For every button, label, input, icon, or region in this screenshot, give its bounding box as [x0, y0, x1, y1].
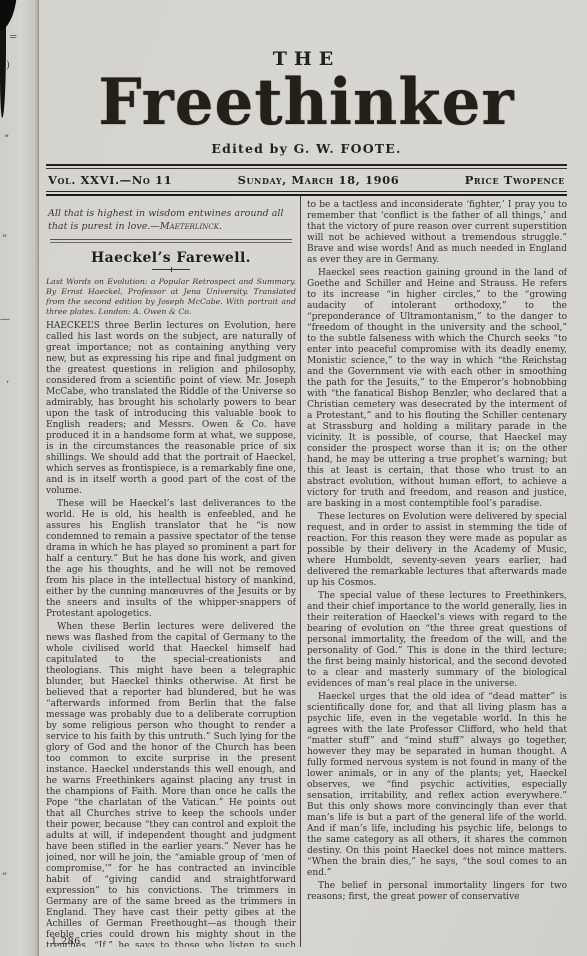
article-title: Haeckel’s Farewell.	[46, 250, 296, 266]
page-body: THE Freethinker Edited by G. W. FOOTE. V…	[39, 0, 587, 956]
margin-mark: =	[9, 32, 17, 43]
issue-date: Sunday, March 18, 1906	[238, 173, 400, 187]
scan-corner-mark	[0, 0, 17, 33]
masthead-title: Freethinker	[46, 71, 567, 136]
margin-mark: ”	[2, 234, 7, 245]
headline-divider	[152, 269, 190, 270]
book-citation: Last Words on Evolution: a Popular Retro…	[46, 277, 296, 316]
text-columns: All that is highest in wisdom entwines a…	[46, 196, 567, 947]
epigraph-rule	[50, 239, 293, 243]
margin-mark: ”	[2, 872, 7, 883]
article-paragraph: Haeckel urges that the old idea of “dead…	[307, 692, 567, 879]
margin-mark: ’	[6, 380, 9, 391]
masthead-the: THE	[46, 0, 567, 70]
article-paragraph: to be a tactless and inconsiderate ‘figh…	[307, 200, 567, 266]
left-column: All that is highest in wisdom entwines a…	[46, 196, 296, 947]
price-label: Price Twopence	[465, 173, 565, 187]
margin-mark: —	[0, 314, 10, 325]
article-paragraph: These will be Haeckel’s last deliverance…	[46, 499, 296, 620]
epigraph: All that is highest in wisdom entwines a…	[48, 208, 294, 233]
masthead: THE Freethinker Edited by G. W. FOOTE.	[46, 0, 567, 156]
page-gutter: = ) ” ” — ’ ”	[0, 0, 39, 956]
right-column: to be a tactless and inconsiderate ‘figh…	[307, 196, 567, 947]
article-paragraph: HAECKEL’S three Berlin lectures on Evolu…	[46, 321, 296, 497]
column-divider-rule	[300, 196, 301, 947]
page-number: 1,286	[51, 936, 81, 947]
epigraph-attribution: Maeterlinck.	[160, 221, 222, 232]
issue-info-line: Vol. XXVI.—No 11 Sunday, March 18, 1906 …	[46, 169, 567, 191]
article-paragraph: When these Berlin lectures were delivere…	[46, 622, 296, 947]
article-paragraph: These lectures on Evolution were deliver…	[307, 512, 567, 589]
scanned-newspaper-page: = ) ” ” — ’ ” THE Freethinker Edited by …	[0, 0, 587, 956]
margin-mark: )	[6, 60, 10, 71]
article-paragraph: The special value of these lectures to F…	[307, 591, 567, 690]
article-paragraph: Haeckel sees reaction gaining ground in …	[307, 268, 567, 510]
masthead-editor-line: Edited by G. W. FOOTE.	[46, 141, 567, 156]
volume-number: Vol. XXVI.—No 11	[48, 173, 172, 187]
article-paragraph: The belief in personal immortality linge…	[307, 881, 567, 903]
margin-mark: ”	[4, 134, 9, 145]
